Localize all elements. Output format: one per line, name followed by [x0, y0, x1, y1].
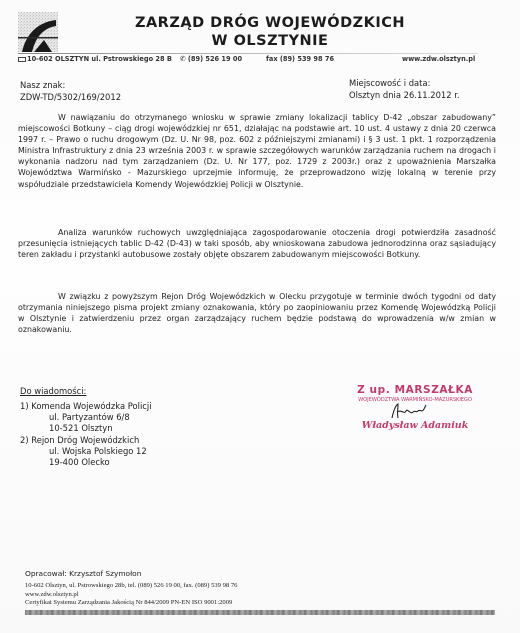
org-name-line1: ZARZĄD DRÓG WOJEWÓDZKICH — [0, 15, 520, 31]
signature-area — [340, 403, 490, 419]
copies-list: 1) Komenda Wojewódzka Policji ul. Partyz… — [20, 401, 152, 468]
paragraph-text: W związku z powyższym Rejon Dróg Wojewód… — [18, 292, 496, 334]
recipient-city: 10-521 Olsztyn — [20, 423, 152, 434]
stamp-authority: Z up. MARSZAŁKA — [340, 384, 490, 396]
recipient-city: 19-400 Olecko — [20, 457, 152, 468]
footer-website[interactable]: www.zdw.olsztyn.pl — [25, 591, 79, 598]
paragraph-text: W nawiązaniu do otrzymanego wniosku w sp… — [18, 113, 496, 189]
recipient-name: 2) Rejon Dróg Wojewódzkich — [20, 435, 152, 446]
footer-decorative-band — [25, 610, 495, 615]
recipient-street: ul. Partyzantów 6/8 — [20, 412, 152, 423]
letter-page: ZARZĄD DRÓG WOJEWÓDZKICH W OLSZTYNIE 10-… — [0, 0, 520, 633]
place-date-label: Miejscowość i data: — [349, 78, 430, 88]
address-text: 10-602 OLSZTYN ul. Pstrowskiego 28 B — [27, 55, 172, 63]
header-fax: fax (89) 539 98 76 — [266, 55, 334, 63]
copies-title: Do wiadomości: — [20, 386, 86, 396]
paragraph-text: Analiza warunków ruchowych uwzględniając… — [18, 228, 496, 259]
recipient-street: ul. Wojska Polskiego 12 — [20, 446, 152, 457]
handwritten-signature-icon — [340, 403, 490, 419]
signatory-name: Władysław Adamiuk — [340, 420, 490, 431]
body-paragraph-1: W nawiązaniu do otrzymanego wniosku w sp… — [18, 112, 496, 190]
reference-number: ZDW-TD/5302/169/2012 — [20, 92, 121, 102]
body-paragraph-2: Analiza warunków ruchowych uwzględniając… — [18, 227, 496, 260]
phone-icon: ✆ — [180, 55, 186, 63]
header-website[interactable]: www.zdw.olsztyn.pl — [402, 55, 475, 63]
body-paragraph-3: W związku z powyższym Rejon Dróg Wojewód… — [18, 291, 496, 335]
header-address: 10-602 OLSZTYN ul. Pstrowskiego 28 B — [18, 55, 172, 63]
phone-text: (89) 526 19 00 — [188, 55, 242, 63]
header-divider — [18, 53, 478, 54]
footer-address: 10-602 Olsztyn, ul. Pstrowskiego 28b, te… — [25, 582, 237, 589]
official-stamp: Z up. MARSZAŁKA WOJEWÓDZTWA WARMIŃSKO-MA… — [340, 384, 490, 431]
place-date-value: Olsztyn dnia 26.11.2012 r. — [349, 90, 460, 100]
prepared-by: Opracował: Krzysztof Szymołon — [25, 569, 141, 578]
envelope-icon — [18, 57, 26, 62]
org-name-line2: W OLSZTYNIE — [0, 33, 520, 49]
footer-certificate: Certyfikat Systemu Zarządzania Jakością … — [25, 599, 232, 606]
reference-label: Nasz znak: — [20, 80, 65, 90]
header-phone: ✆(89) 526 19 00 — [180, 55, 242, 63]
recipient-name: 1) Komenda Wojewódzka Policji — [20, 401, 152, 412]
